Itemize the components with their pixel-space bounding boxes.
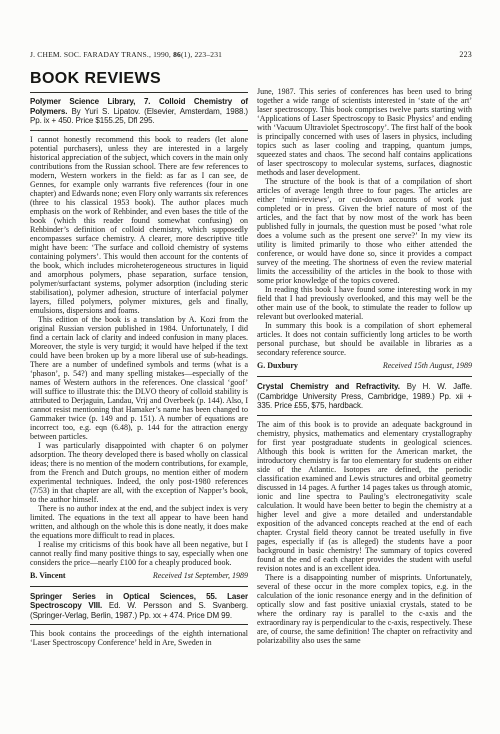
horizontal-rule: [257, 376, 472, 377]
journal-reference-suffix: (1), 223–231: [181, 50, 222, 59]
paragraph: This book contains the proceedings of th…: [30, 629, 248, 647]
right-column: June, 1987. This series of conferences h…: [257, 70, 472, 647]
journal-reference: J. CHEM. SOC. FARADAY TRANS., 1990, 86(1…: [30, 50, 222, 59]
review-laser-spectroscopy-start: Springer Series in Optical Sciences, 55.…: [30, 592, 248, 648]
review-colloid-chemistry: Polymer Science Library, 7. Colloid Chem…: [30, 97, 248, 580]
paragraph: June, 1987. This series of conferences h…: [257, 87, 472, 177]
paragraph: I cannot honestly recommend this book to…: [30, 135, 248, 315]
horizontal-rule: [257, 415, 472, 416]
review-body: I cannot honestly recommend this book to…: [30, 135, 248, 567]
journal-volume: 86: [173, 50, 181, 59]
review-body: The aim of this book is to provide an ad…: [257, 420, 472, 645]
paragraph: I was particularly disappointed with cha…: [30, 441, 248, 504]
book-title-block: Springer Series in Optical Sciences, 55.…: [30, 592, 248, 621]
two-column-layout: BOOK REVIEWS Polymer Science Library, 7.…: [30, 70, 472, 647]
page-header: J. CHEM. SOC. FARADAY TRANS., 1990, 86(1…: [30, 50, 472, 59]
paragraph: This edition of the book is a translatio…: [30, 315, 248, 441]
signature-row: B. Vincent Received 1st September, 1989: [30, 571, 248, 580]
paragraph: In reading this book I have found some i…: [257, 285, 472, 321]
book-title-block: Polymer Science Library, 7. Colloid Chem…: [30, 97, 248, 126]
journal-page: J. CHEM. SOC. FARADAY TRANS., 1990, 86(1…: [0, 0, 500, 734]
page-number: 223: [459, 50, 472, 59]
signature-row: G. Duxbury Received 15th August, 1989: [257, 361, 472, 370]
book-title-block: Crystal Chemistry and Refractivity. By H…: [257, 382, 472, 411]
horizontal-rule: [30, 130, 248, 131]
reviewer-name: B. Vincent: [30, 571, 66, 580]
review-body: June, 1987. This series of conferences h…: [257, 87, 472, 357]
received-date: Received 15th August, 1989: [383, 361, 472, 370]
paragraph: I realise my criticisms of this book hav…: [30, 540, 248, 567]
paragraph: The aim of this book is to provide an ad…: [257, 420, 472, 573]
review-laser-spectroscopy-continued: June, 1987. This series of conferences h…: [257, 87, 472, 370]
paragraph: In summary this book is a compilation of…: [257, 321, 472, 357]
horizontal-rule: [30, 586, 248, 587]
book-reviews-heading: BOOK REVIEWS: [30, 70, 248, 87]
reviewer-name: G. Duxbury: [257, 361, 298, 370]
page-content: J. CHEM. SOC. FARADAY TRANS., 1990, 86(1…: [30, 50, 472, 647]
received-date: Received 1st September, 1989: [153, 571, 248, 580]
review-body: This book contains the proceedings of th…: [30, 629, 248, 647]
left-column: BOOK REVIEWS Polymer Science Library, 7.…: [30, 70, 248, 647]
paragraph: The structure of the book is that of a c…: [257, 177, 472, 285]
book-title: Crystal Chemistry and Refractivity.: [257, 382, 400, 391]
horizontal-rule: [30, 624, 248, 625]
journal-reference-prefix: J. CHEM. SOC. FARADAY TRANS., 1990,: [30, 50, 173, 59]
paragraph: There is a disappointing number of mispr…: [257, 573, 472, 645]
paragraph: There is no author index at the end, and…: [30, 504, 248, 540]
review-crystal-chemistry: Crystal Chemistry and Refractivity. By H…: [257, 382, 472, 645]
horizontal-rule: [30, 92, 248, 93]
